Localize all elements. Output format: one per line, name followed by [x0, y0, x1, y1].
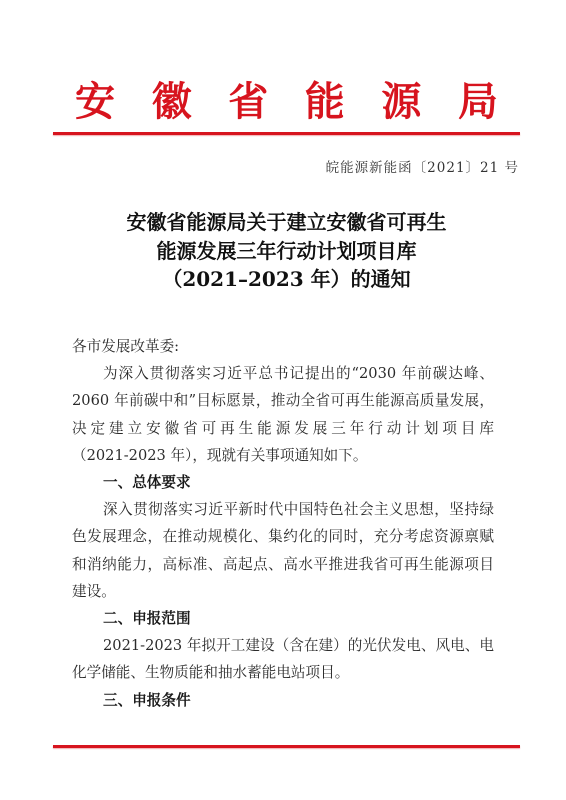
- masthead-org-name: 安 徽 省 能 源 局: [53, 76, 520, 128]
- section-line: 色发展理念，在推动规模化、集约化的同时，充分考虑资源禀赋: [72, 523, 494, 550]
- intro-line: 决定建立安徽省可再生能源发展三年行动计划项目库: [72, 415, 494, 442]
- title-line: 能源发展三年行动计划项目库: [53, 237, 520, 266]
- masthead-char: 能: [305, 80, 345, 124]
- intro-line: （2021-2023 年），现就有关事项通知如下。: [72, 442, 494, 469]
- document-body: 各市发展改革委: 为深入贯彻落实习近平总书记提出的“2030 年前碳达峰、 20…: [72, 333, 494, 714]
- section-line: 深入贯彻落实习近平新时代中国特色社会主义思想，坚持绿: [72, 496, 494, 523]
- title-line: （2021–2023 年）的通知: [53, 265, 520, 294]
- section-line: 和消纳能力，高标准、高起点、高水平推进我省可再生能源项目: [72, 551, 494, 578]
- section-line: 化学储能、生物质能和抽水蓄能电站项目。: [72, 659, 494, 686]
- masthead-char: 局: [458, 80, 498, 124]
- red-divider-top: [53, 132, 520, 135]
- document-page: 安 徽 省 能 源 局 皖能源新能函〔2021〕21 号 安徽省能源局关于建立安…: [0, 0, 566, 800]
- section-line: 建设。: [72, 578, 494, 605]
- section-heading-application-scope: 二、申报范围: [72, 605, 494, 632]
- red-divider-bottom: [53, 745, 520, 748]
- intro-line: 为深入贯彻落实习近平总书记提出的“2030 年前碳达峰、: [72, 360, 494, 387]
- document-number: 皖能源新能函〔2021〕21 号: [326, 159, 519, 177]
- section-line: 2021-2023 年拟开工建设（含在建）的光伏发电、风电、电: [72, 632, 494, 659]
- salutation: 各市发展改革委:: [72, 333, 494, 360]
- section-heading-application-conditions: 三、申报条件: [72, 687, 494, 714]
- title-line: 安徽省能源局关于建立安徽省可再生: [53, 208, 520, 237]
- masthead-char: 徽: [152, 80, 192, 124]
- document-title: 安徽省能源局关于建立安徽省可再生 能源发展三年行动计划项目库 （2021–202…: [53, 208, 520, 294]
- masthead-char: 省: [228, 80, 268, 124]
- masthead-char: 源: [381, 80, 421, 124]
- masthead-char: 安: [75, 80, 115, 124]
- section-heading-general-requirements: 一、总体要求: [72, 469, 494, 496]
- intro-line: 2060 年前碳中和”目标愿景，推动全省可再生能源高质量发展，: [72, 387, 494, 414]
